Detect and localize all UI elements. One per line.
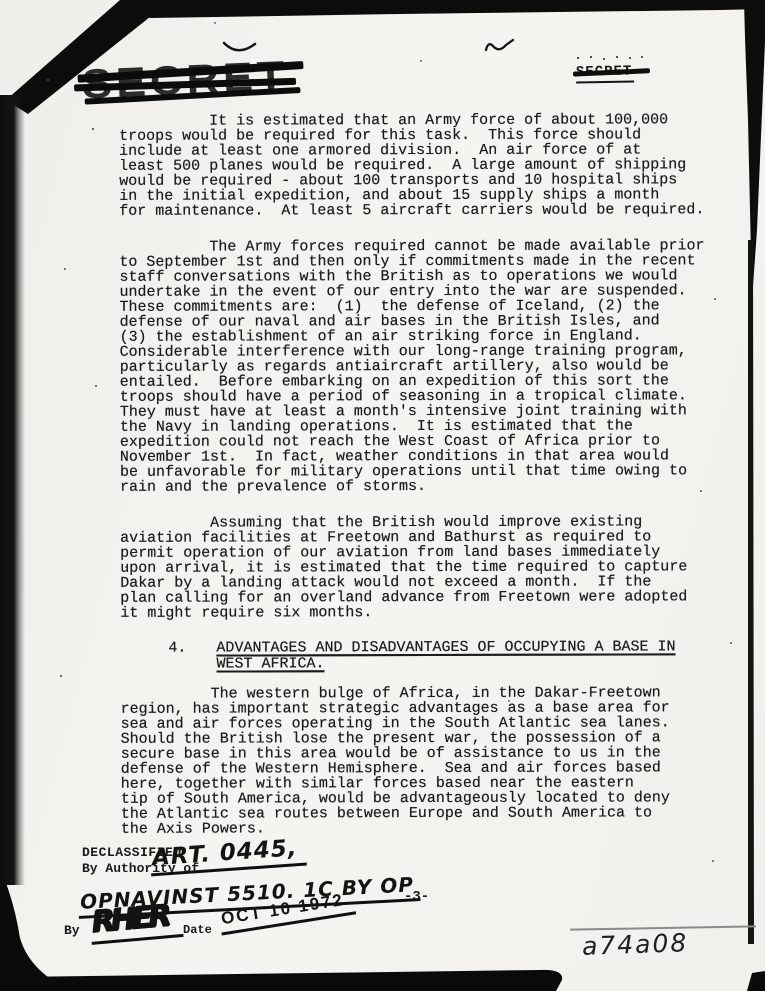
paragraph-british-aviation: Assuming that the British would improve … [120, 514, 740, 621]
section-heading-text: ADVANTAGES AND DISADVANTAGES OF OCCUPYIN… [216, 639, 675, 672]
by-label: By [64, 923, 80, 938]
page-number: -3- [404, 889, 429, 905]
secret-header-crossed-out: SECRET [576, 63, 635, 83]
secret-stamp-crossed-out: SECRET [81, 49, 295, 116]
section-heading-4: 4. ADVANTAGES AND DISADVANTAGES OF OCCUP… [168, 639, 740, 672]
top-edge-black-band [128, 0, 765, 18]
top-right-black-wedge [744, 0, 765, 300]
bottom-black-band [10, 970, 562, 991]
left-edge-scan-band [0, 95, 25, 885]
bottom-right-corner-mark [747, 971, 765, 991]
right-edge-line [748, 240, 754, 944]
scanned-document-page: SECRET SECRET It is estimated that an Ar… [0, 0, 765, 991]
scan-noise-speckles [0, 0, 2, 2]
paragraph-western-bulge: The western bulge of Africa, in the Daka… [121, 685, 741, 837]
paragraph-army-commitments: The Army forces required cannot be made … [119, 238, 740, 495]
pen-curve-mark-right [486, 40, 513, 50]
bottom-left-corner-blob [0, 868, 72, 991]
paragraph-army-force-estimate: It is estimated that an Army force of ab… [119, 112, 739, 219]
pen-curve-mark-left [224, 43, 255, 50]
section-heading-number: 4. [168, 641, 216, 673]
typed-body-text: It is estimated that an Army force of ab… [119, 112, 741, 858]
archive-code-handwritten: a74a08 [582, 928, 689, 961]
date-label: Date [183, 923, 212, 937]
signature-scribble: RHER [88, 897, 183, 945]
